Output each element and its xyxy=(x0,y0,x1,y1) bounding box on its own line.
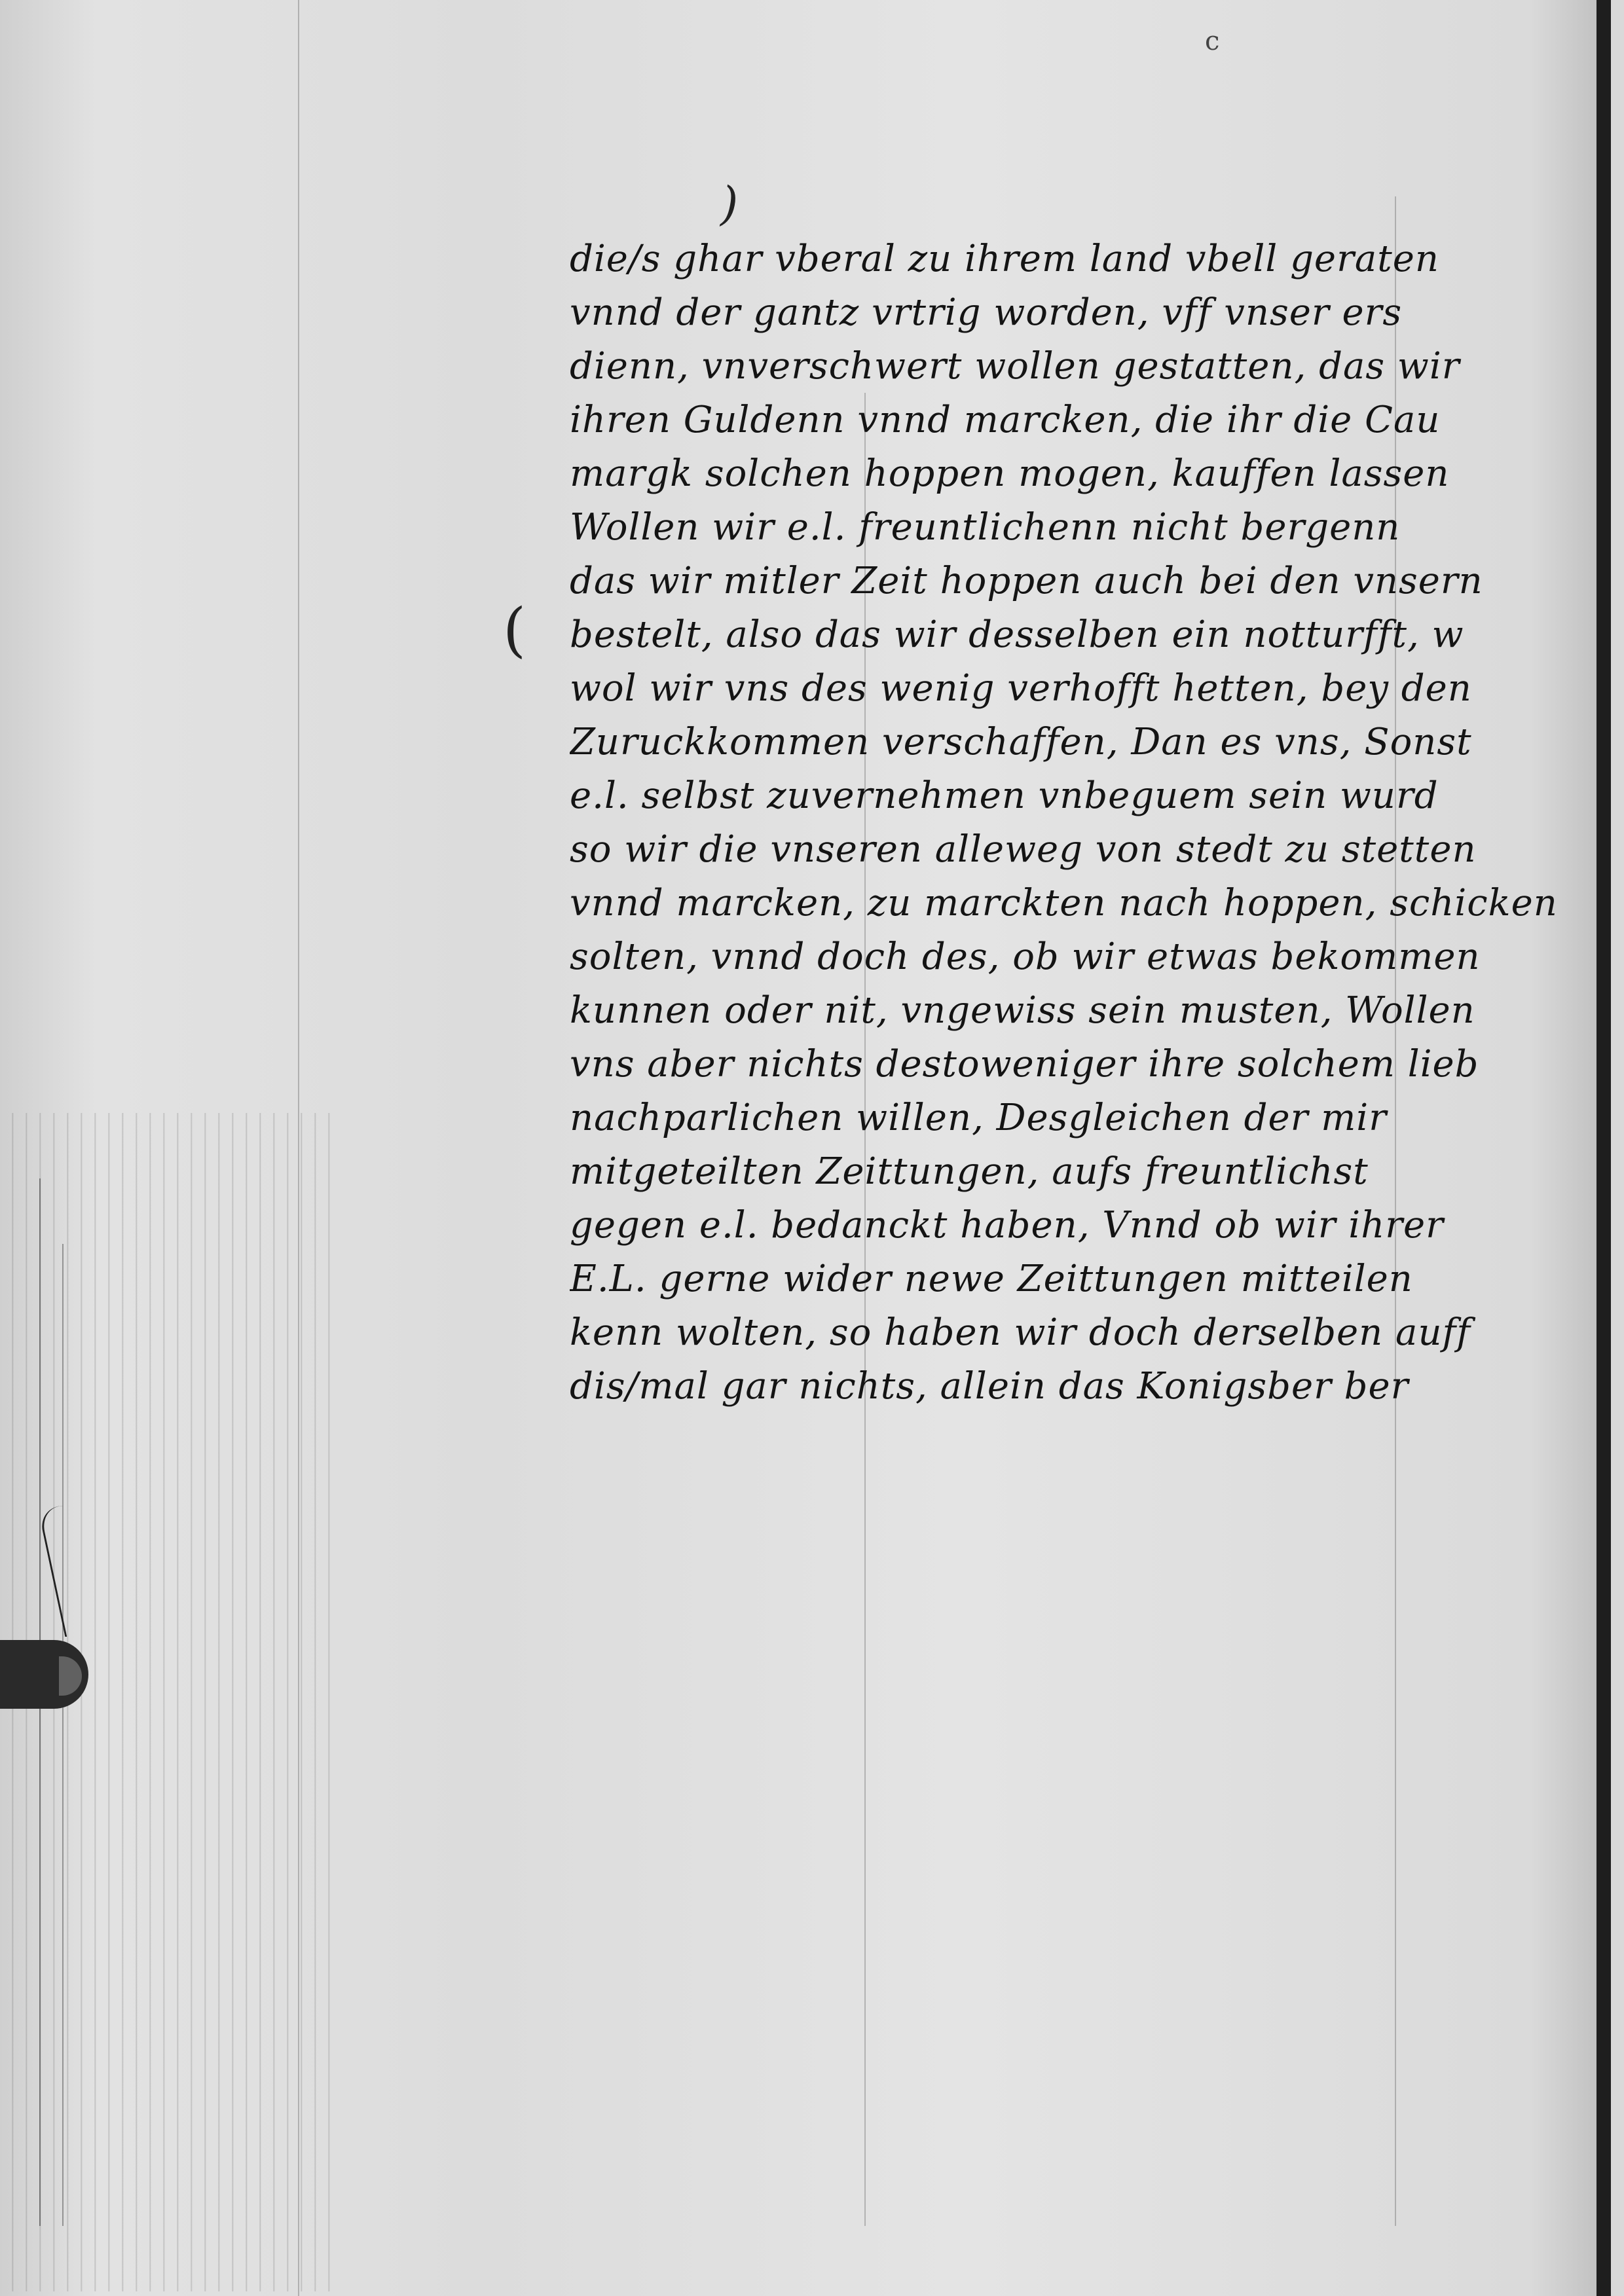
text-line: vnnd der gantz vrtrig worden, vff vnser … xyxy=(570,286,1611,340)
text-line: die/s ghar vberal zu ihrem land vbell ge… xyxy=(570,232,1611,286)
text-line: Zuruckkommen verschaffen, Dan es vns, So… xyxy=(570,716,1611,769)
margin-flourish: ) xyxy=(720,177,738,230)
text-line: bestelt, also das wir desselben ein nott… xyxy=(570,608,1611,662)
text-line: vnnd marcken, zu marckten nach hoppen, s… xyxy=(570,877,1611,930)
text-line: wol wir vns des wenig verhofft hetten, b… xyxy=(570,662,1611,716)
page-edge-shadow xyxy=(1596,0,1611,2296)
text-line: e.l. selbst zuvernehmen vnbeguem sein wu… xyxy=(570,769,1611,823)
text-line: ihren Guldenn vnnd marcken, die ihr die … xyxy=(570,393,1611,447)
text-line: so wir die vnseren alleweg von stedt zu … xyxy=(570,823,1611,877)
handwritten-text-block: die/s ghar vberal zu ihrem land vbell ge… xyxy=(570,232,1611,1413)
text-line: dienn, vnverschwert wollen gestatten, da… xyxy=(570,340,1611,393)
text-line: solten, vnnd doch des, ob wir etwas beko… xyxy=(570,930,1611,984)
text-line: mitgeteilten Zeittungen, aufs freuntlich… xyxy=(570,1145,1611,1199)
text-line: nachparlichen willen, Desgleichen der mi… xyxy=(570,1091,1611,1145)
text-line: gegen e.l. bedanckt haben, Vnnd ob wir i… xyxy=(570,1199,1611,1252)
text-line: kenn wolten, so haben wir doch derselben… xyxy=(570,1306,1611,1360)
page-corner-mark: c xyxy=(1205,26,1219,56)
text-line: kunnen oder nit, vngewiss sein musten, W… xyxy=(570,984,1611,1038)
text-line: vns aber nichts destoweniger ihre solche… xyxy=(570,1038,1611,1091)
text-line: Wollen wir e.l. freuntlichenn nicht berg… xyxy=(570,501,1611,555)
text-line: E.L. gerne wider newe Zeittungen mitteil… xyxy=(570,1252,1611,1306)
text-line: margk solchen hoppen mogen, kauffen lass… xyxy=(570,447,1611,501)
margin-bracket: ( xyxy=(503,596,526,665)
manuscript-page: c ) ( die/s ghar vberal zu ihrem land vb… xyxy=(0,0,1611,2296)
text-line: das wir mitler Zeit hoppen auch bei den … xyxy=(570,555,1611,608)
text-line: dis/mal gar nichts, allein das Konigsber… xyxy=(570,1360,1611,1413)
